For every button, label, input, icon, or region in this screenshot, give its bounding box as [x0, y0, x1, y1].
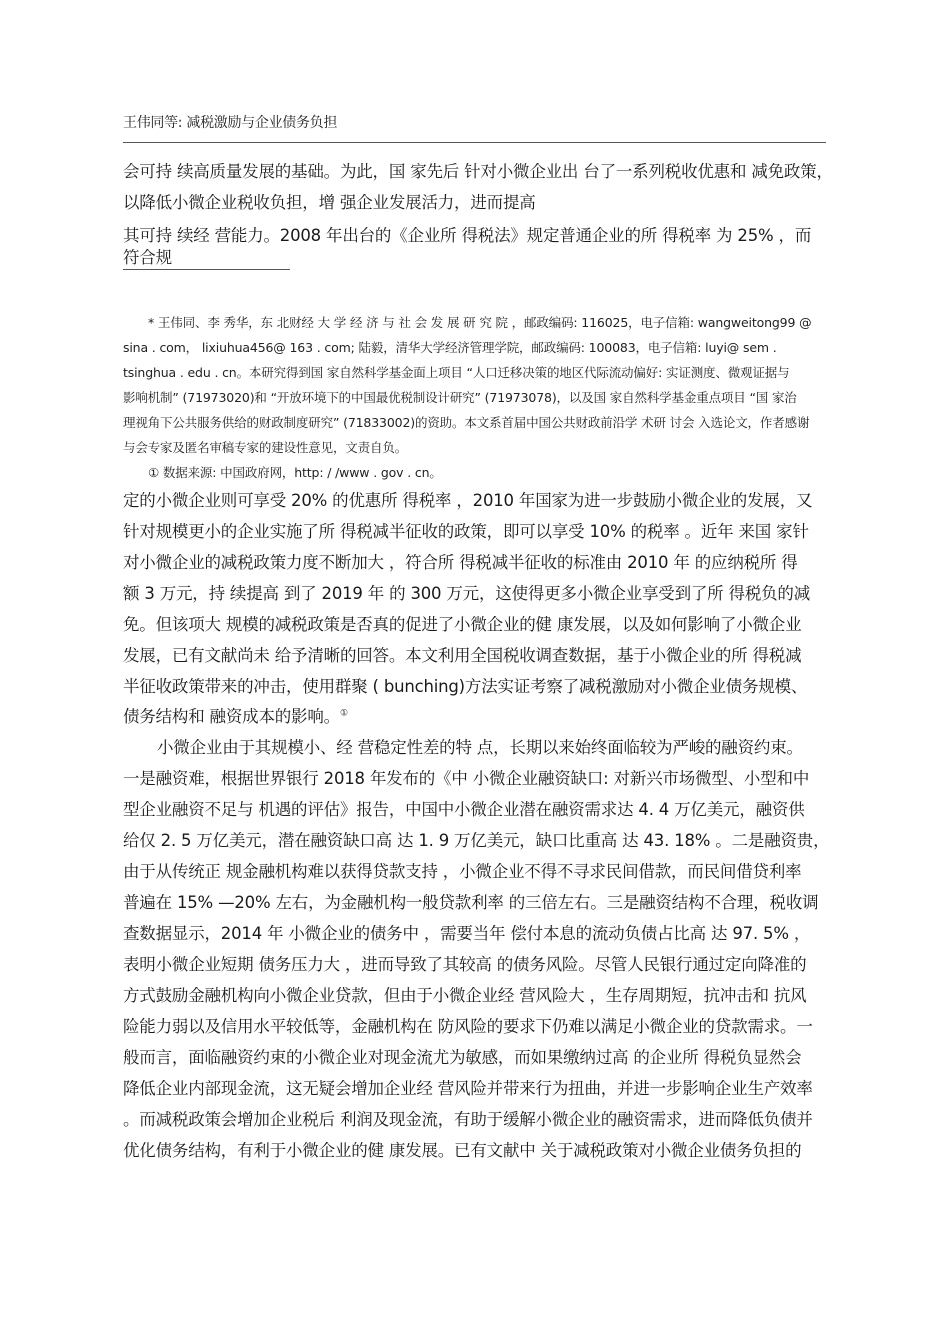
body-line: 优化债务结构，有利于小微企业的健 康发展。已有文献中 关于减税政策对小微企业债务…: [123, 1141, 801, 1161]
paragraph-start: 小微企业由于其规模小、经 营稳定性差的特 点，长期以来始终面临较为严峻的融资约束…: [157, 738, 803, 758]
body-line: 定的小微企业则可享受 20% 的优惠所 得税率 ，2010 年国家为进一步鼓励小…: [123, 491, 812, 511]
body-line: 对小微企业的减税政策力度不断加大 ，符合所 得税减半征收的标准由 2010 年 …: [123, 553, 798, 573]
running-header: 王伟同等: 减税激励与企业债务负担: [123, 114, 337, 132]
body-line: 普遍在 15% —20% 左右，为金融机构一般贷款利率 的三倍左右。三是融资结构…: [123, 893, 818, 913]
body-line: 查数据显示，2014 年 小微企业的债务中 ，需要当年 偿付本息的流动负债占比高…: [123, 924, 810, 944]
footnote-separator: [123, 269, 290, 270]
footnote-marker[interactable]: ①: [340, 709, 348, 719]
body-line: 免。但该项大 规模的减税政策是否真的促进了小微企业的健 康发展，以及如何影响了小…: [123, 615, 801, 635]
body-text: 债务结构和 融资成本的影响。: [123, 707, 340, 726]
body-line: 符合规: [123, 248, 172, 268]
body-line: 针对规模更小的企业实施了所 得税减半征收的政策，即可以享受 10% 的税率 。近…: [123, 522, 809, 542]
body-line: 由于从传统正 规金融机构难以获得贷款支持 ，小微企业不得不寻求民间借款，而民间借…: [123, 862, 801, 882]
footnote-line: 影响机制” (71973020)和 “开放环境下的中国最优税制设计研究” (71…: [123, 390, 797, 406]
body-line: 方式鼓励金融机构向小微企业贷款，但由于小微企业经 营风险大 ，生存周期短，抗冲击…: [123, 986, 806, 1006]
body-line: 其可持 续经 营能力。2008 年出台的《企业所 得税法》规定普通企业的所 得税…: [123, 226, 811, 246]
body-line: 险能力弱以及信用水平较低等，金融机构在 防风险的要求下仍难以满足小微企业的贷款需…: [123, 1017, 813, 1037]
body-line: 般而言，面临融资约束的小微企业对现金流尤为敏感，而如果缴纳过高 的企业所 得税负…: [123, 1048, 801, 1068]
body-line: 额 3 万元，持 续提高 到了 2019 年 的 300 万元，这使得更多小微企…: [123, 584, 810, 604]
body-line: 型企业融资不足与 机遇的评估》报告，中国中小微企业潜在融资需求达 4. 4 万亿…: [123, 800, 805, 820]
footnote-line: sina . com， lixiuhua456@ 163 . com; 陆毅，清…: [123, 340, 777, 356]
body-line: 。而减税政策会增加企业税后 利润及现金流，有助于缓解小微企业的融资需求，进而降低…: [123, 1110, 813, 1130]
body-line: 表明小微企业短期 债务压力大 ，进而导致了其较高 的债务风险。尽管人民银行通过定…: [123, 955, 806, 975]
body-line: 半征收政策带来的冲击，使用群聚 ( bunching)方法实证考察了减税激励对小…: [123, 677, 807, 697]
body-line: 给仅 2. 5 万亿美元，潜在融资缺口高 达 1. 9 万亿美元，缺口比重高 达…: [123, 831, 829, 851]
body-line: 会可持 续高质量发展的基础。为此，国 家先后 针对小微企业出 台了一系列税收优惠…: [123, 162, 833, 182]
body-line: 发展，已有文献尚未 给予清晰的回答。本文利用全国税收调查数据，基于小微企业的所 …: [123, 646, 801, 666]
footnote-line: 理视角下公共服务供给的财政制度研究” (71833002)的资助。本文系首届中国…: [123, 415, 809, 431]
body-line-with-footnote: 债务结构和 融资成本的影响。①: [123, 707, 348, 727]
footnote-line: tsinghua . edu . cn。本研究得到国 家自然科学基金面上项目 “…: [123, 365, 790, 381]
header-rule: [123, 142, 826, 143]
body-line: 以降低小微企业税收负担，增 强企业发展活力，进而提高: [123, 193, 536, 213]
footnote-source: ① 数据来源: 中国政府网，http: / /www . gov . cn。: [148, 465, 442, 481]
body-line: 一是融资难，根据世界银行 2018 年发布的《中 小微企业融资缺口: 对新兴市场…: [123, 769, 809, 789]
footnote-line: 与会专家及匿名审稿专家的建设性意见，文责自负。: [123, 440, 407, 456]
document-page: 王伟同等: 减税激励与企业债务负担 会可持 续高质量发展的基础。为此，国 家先后…: [0, 0, 950, 1344]
footnote-line: * 王伟同、李 秀华，东 北财经 大 学 经 济 与 社 会 发 展 研 究 院…: [148, 315, 811, 331]
body-line: 降低企业内部现金流，这无疑会增加企业经 营风险并带来行为扭曲，并进一步影响企业生…: [123, 1079, 813, 1099]
